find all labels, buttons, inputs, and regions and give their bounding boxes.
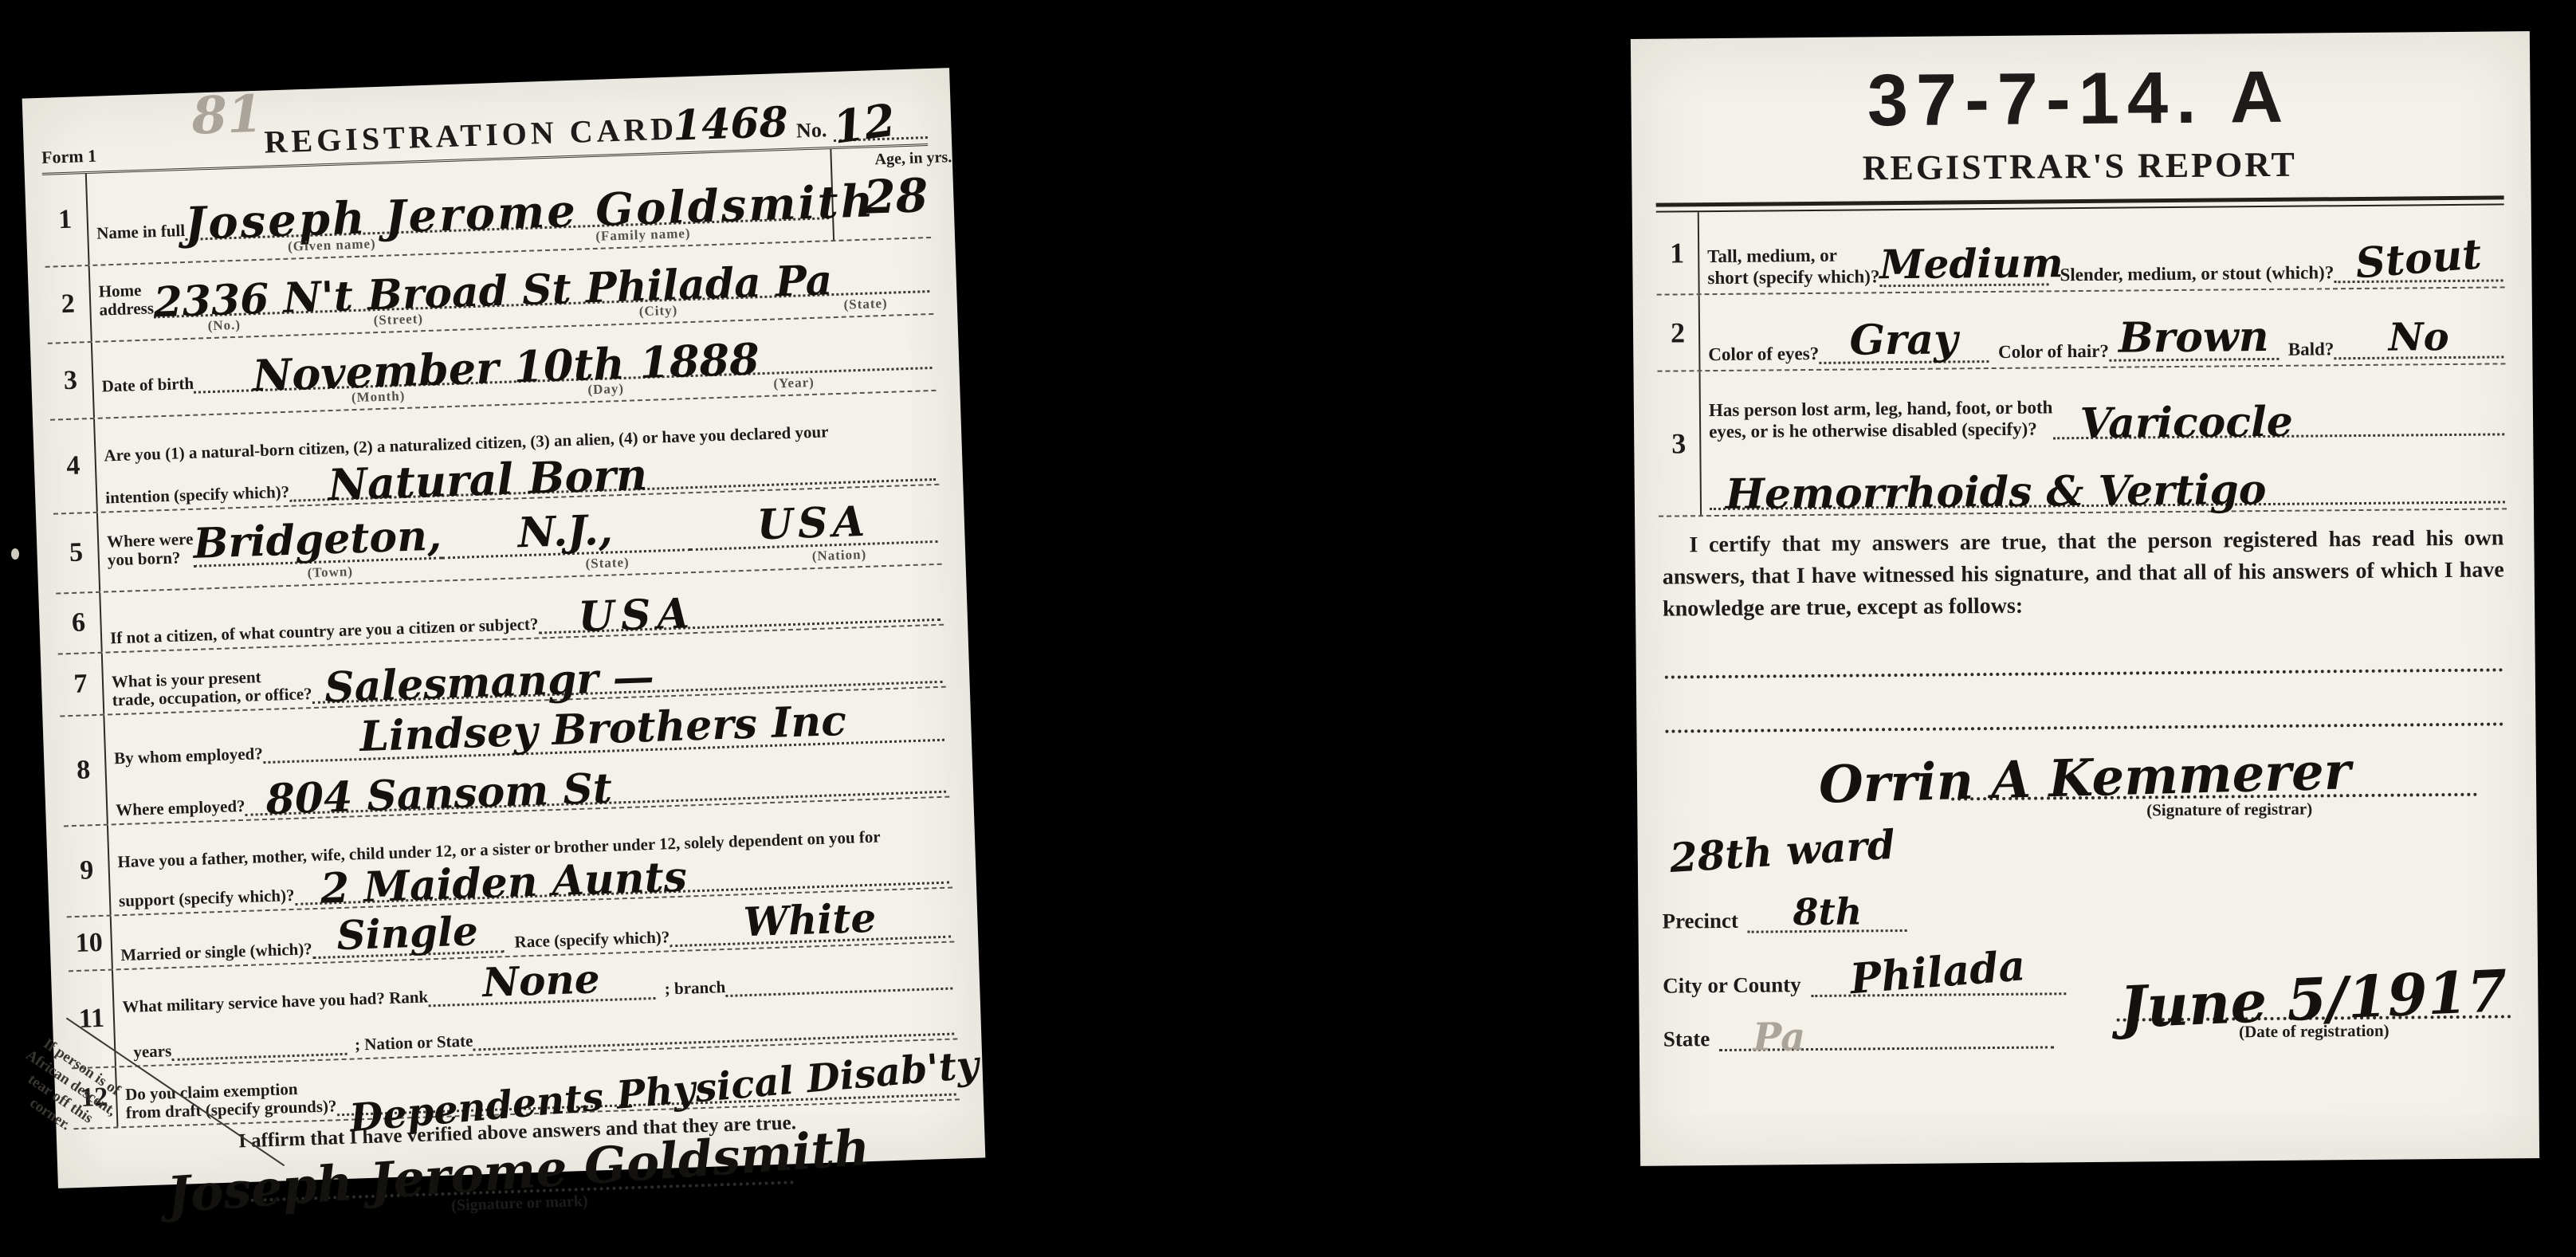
field-label-hair: Color of hair?	[1998, 340, 2109, 363]
handwritten-race: White	[743, 898, 877, 942]
answer-line-eyes: Gray	[1819, 319, 1989, 364]
report-row-disability: 3 Has person lost arm, leg, hand, foot, …	[1657, 364, 2507, 517]
handwritten-disability-2: Hemorrhoids & Vertigo	[1726, 469, 2267, 516]
report-title: REGISTRAR'S REPORT	[1655, 142, 2503, 190]
no-label: No.	[796, 118, 827, 143]
handwritten-eye-color: Gray	[1849, 319, 1958, 361]
caption-town: (Town)	[307, 564, 353, 581]
scanned-draft-registration-document: Form 1 81 REGISTRATION CARD 1468 No. 12 …	[0, 0, 2576, 1257]
field-label-nation-or-state: ; Nation or State	[355, 1032, 473, 1055]
form-number-label: Form 1	[41, 144, 138, 168]
caption-given-name: (Given name)	[288, 236, 376, 255]
caption-state: (State)	[843, 296, 888, 313]
answer-line-build: Stout	[2334, 238, 2503, 283]
field-number: 2	[45, 266, 92, 343]
exception-blank-line-1	[1664, 618, 2503, 679]
precinct-line: Precinct 8th	[1662, 891, 2116, 934]
answer-line-state: N.J.,	[441, 507, 690, 559]
answer-line-town: Bridgeton,	[193, 516, 442, 568]
answer-line-nation: USA	[689, 499, 938, 551]
field-label: Home address	[98, 281, 154, 320]
caption-day: (Day)	[587, 381, 624, 399]
answer-line-married: Single	[311, 910, 504, 959]
handwritten-rank: None	[482, 959, 601, 1003]
handwritten-city: Philada	[1849, 945, 2028, 1000]
report-code: 37-7-14. A	[1655, 53, 2503, 144]
handwritten-date: June 5/1917	[2119, 962, 2508, 1036]
exception-blank-line-2	[1665, 672, 2504, 733]
handwritten-hair-color: Brown	[2119, 316, 2269, 359]
field-label-race: Race (specify which)?	[514, 929, 670, 953]
registrars-report-card: 37-7-14. A REGISTRAR'S REPORT 1 Tall, me…	[1631, 31, 2539, 1166]
report-row-build: 1 Tall, medium, or short (specify which)…	[1656, 205, 2505, 295]
certification-text: I certify that my answers are true, that…	[1662, 522, 2504, 624]
handwritten-birth-nation: USA	[756, 501, 870, 547]
question-line-2: support (specify which)?	[119, 886, 295, 911]
city-line: City or County Philada	[1663, 951, 2117, 999]
caption-state: (State)	[585, 555, 630, 572]
answer-line-hair: Brown	[2109, 316, 2279, 362]
report-footer: 28th ward Precinct 8th City or County Ph…	[1662, 823, 2511, 1052]
field-label: What is your present trade, occupation, …	[112, 666, 312, 710]
precinct-answer-line: 8th	[1748, 893, 1907, 933]
report-row-eyes-hair: 2 Color of eyes? Gray Color of hair? Bro…	[1657, 288, 2506, 371]
caption-nation: (Nation)	[811, 547, 866, 564]
field-label: Do you claim exemption from draft (speci…	[125, 1078, 337, 1123]
field-label: Name in full	[96, 222, 186, 243]
field-number: 6	[56, 593, 102, 654]
answer-line: USA	[537, 585, 940, 634]
field-label: Where were you born?	[107, 530, 194, 571]
caption-no: (No.)	[207, 317, 241, 334]
precinct-label: Precinct	[1662, 909, 1738, 934]
city-answer-line: Philada	[1810, 951, 2065, 997]
answer-line-height: Medium	[1879, 243, 2049, 287]
handwritten-birth-town: Bridgeton,	[193, 516, 442, 565]
field-number: 1	[1656, 212, 1700, 293]
field-label-where-employed: Where employed?	[116, 797, 245, 820]
field-label-eyes: Color of eyes?	[1708, 343, 1819, 365]
field-number: 3	[1657, 371, 1702, 515]
field-label-branch: ; branch	[664, 979, 725, 1000]
paper-speck	[11, 548, 19, 560]
answer-line-bald: No	[2334, 317, 2503, 359]
field-number: 1	[42, 174, 90, 266]
field-label: Date of birth	[101, 375, 194, 396]
handwritten-build: Stout	[2354, 234, 2483, 285]
registrar-signature: Orrin A Kemmerer	[1819, 747, 2352, 811]
field-label-married: Married or single (which)?	[120, 941, 312, 965]
caption-month: (Month)	[351, 388, 406, 406]
field-label-height: Tall, medium, or short (specify which)?	[1707, 245, 1879, 289]
state-line: State Pa	[1663, 1015, 2117, 1052]
field-number: 3	[48, 343, 95, 419]
answer-line-rank: None	[427, 957, 655, 1007]
handwritten-bald: No	[2389, 318, 2449, 357]
field-label-years: years	[133, 1043, 172, 1063]
field-label-build: Slender, medium, or stout (which)?	[2060, 262, 2334, 285]
question-line-2: intention (specify which)?	[105, 482, 290, 509]
answer-line-disability: Varicocle	[2052, 399, 2504, 439]
field-label-disability: Has person lost arm, leg, hand, foot, or…	[1709, 397, 2053, 442]
card-title: REGISTRATION CARD	[264, 109, 678, 160]
city-label: City or County	[1663, 972, 1801, 999]
order-number-line: 12	[832, 100, 928, 142]
caption-year: (Year)	[773, 375, 815, 392]
handwritten-height: Medium	[1879, 243, 2064, 285]
registrar-signature-block: Orrin A Kemmerer (Signature of registrar…	[1661, 750, 2510, 825]
field-number: 4	[50, 419, 98, 513]
field-number: 5	[53, 513, 100, 593]
caption-family-name: (Family name)	[595, 226, 691, 245]
field-number: 8	[60, 716, 108, 826]
handwritten-order-number: 12	[831, 98, 898, 151]
field-number: 10	[67, 917, 113, 971]
handwritten-precinct: 8th	[1793, 894, 1862, 931]
answer-line-race: White	[669, 896, 951, 948]
handwritten-ward: 28th ward	[1668, 825, 1896, 878]
handwritten-birth-state: N.J.,	[517, 509, 614, 554]
answer-line-years	[172, 1053, 348, 1061]
state-label: State	[1663, 1027, 1710, 1052]
field-number: 9	[64, 826, 112, 917]
field-number: 2	[1657, 295, 1701, 370]
answer-line-disability-2: Hemorrhoids & Vertigo	[1710, 467, 2505, 510]
handwritten-serial-number: 1468	[672, 102, 788, 147]
field-number: 7	[58, 654, 104, 716]
field-label-bald: Bald?	[2288, 339, 2334, 360]
penciled-number: 81	[190, 89, 263, 143]
handwritten-citizen-of: USA	[578, 593, 697, 638]
handwritten-state: Pa	[1753, 1018, 1805, 1057]
age-label: Age, in yrs.	[874, 148, 952, 169]
registration-card: Form 1 81 REGISTRATION CARD 1468 No. 12 …	[22, 68, 986, 1188]
state-answer-line: Pa	[1719, 1016, 2054, 1052]
handwritten-marital-status: Single	[336, 911, 479, 956]
caption-street: (Street)	[373, 311, 423, 328]
caption-city: (City)	[638, 303, 677, 320]
